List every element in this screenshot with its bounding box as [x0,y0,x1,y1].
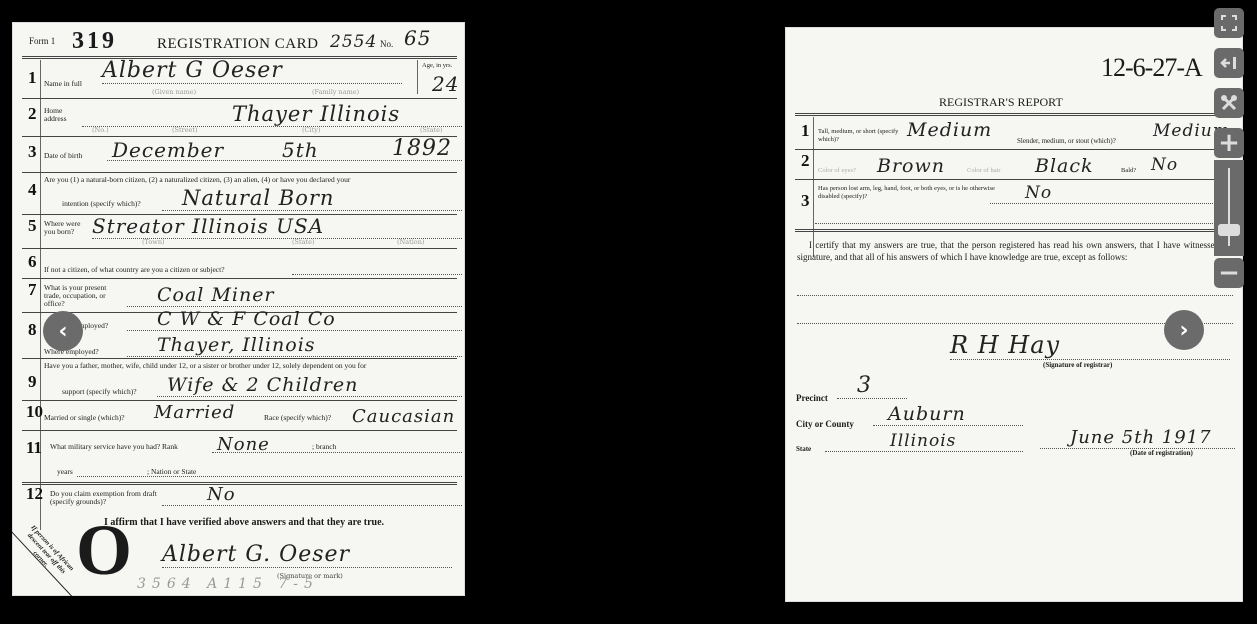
eye-color-label: Color of eyes? [818,167,856,175]
dob-month: December [112,138,224,162]
caption-family-name: (Family name) [312,88,359,96]
state-label: State [796,445,811,453]
caption-nation: (Nation) [397,238,424,246]
home-button[interactable] [1214,48,1244,78]
row-number: 2 [801,151,810,171]
birthplace-value: Streator Illinois USA [92,214,462,239]
home-address-value: Thayer Illinois [82,102,462,127]
registration-card-front: Form 1 319 REGISTRATION CARD 2554 No. 65… [12,22,465,596]
caption-given-name: (Given name) [152,88,196,96]
zoom-slider[interactable] [1214,160,1244,256]
height-value: Medium [907,119,992,141]
row-number: 8 [28,320,37,340]
disability-label: Has person lost arm, leg, hand, foot, or… [818,185,998,201]
dob-label: Date of birth [44,152,82,160]
no-label: No. [380,39,393,49]
home-address-label: Home address [44,107,74,123]
minus-icon: − [1218,258,1240,288]
zoom-out-button[interactable]: − [1214,258,1244,288]
citizenship-value: Natural Born [162,186,462,211]
row-number: 7 [28,280,37,300]
certification-text: I certify that my answers are true, that… [797,239,1233,263]
exemption-label: Do you claim exemption from draft (speci… [50,490,160,506]
chevron-right-icon: › [1179,318,1188,343]
bald-value: No [1151,155,1178,175]
employment-place-value: Thayer, Illinois [127,334,462,357]
dependents-question: Have you a father, mother, wife, child u… [44,362,464,370]
dependents-support-label: support (specify which)? [62,388,137,396]
affirmation-text: I affirm that I have verified above answ… [104,517,384,528]
caption-city: (City) [302,126,320,134]
birthplace-label: Where were you born? [44,220,89,236]
name-value: Albert G Oeser [102,58,402,84]
row-number: 11 [26,438,42,458]
row-number: 3 [28,142,37,162]
row-number: 2 [28,104,37,124]
fullscreen-button[interactable] [1214,8,1244,38]
card-serial-no: 65 [404,26,431,50]
row-number: 10 [26,402,43,422]
row-number: 3 [801,191,810,211]
registrant-signature: Albert G. Oeser [162,542,452,568]
eye-color-value: Brown [877,155,945,177]
row-number: 5 [28,216,37,236]
occupation-label: What is your present trade, occupation, … [44,284,124,308]
dependents-value: Wife & 2 Children [157,374,462,397]
card-title: REGISTRATION CARD [157,36,318,53]
citizenship-intention-label: intention (specify which)? [62,200,141,208]
military-nation-label: ; Nation or State [147,468,196,476]
caption-town: (Town) [142,238,165,246]
tools-button[interactable] [1214,88,1244,118]
marital-value: Married [154,402,235,423]
next-image-button[interactable]: › [1164,310,1204,350]
row-number: 12 [26,484,43,504]
caption-state: (State) [420,126,442,134]
precinct-label: Precinct [796,393,828,403]
military-label: What military service have you had? Rank [50,443,178,451]
registrar-caption: (Signature of registrar) [1043,361,1112,369]
card-number: 2554 [330,32,377,52]
military-years-label: years [57,468,73,476]
employment-place-label: Where employed? [44,348,99,356]
big-letter-stamp: O [76,510,132,590]
dob-day: 5th [282,138,319,162]
bald-label: Bald? [1121,167,1136,175]
home-icon [1220,55,1238,71]
fullscreen-icon [1221,15,1237,31]
age-value: 24 [432,72,459,96]
row-number: 1 [28,68,37,88]
zoom-slider-thumb[interactable] [1218,224,1240,236]
chevron-left-icon: ‹ [58,319,67,344]
row-number: 1 [801,121,810,141]
state-value: Illinois [825,431,1023,452]
caption-no: (No.) [92,126,109,134]
caption-street: (Street) [172,126,198,134]
pencil-note: 3564 A115 7-5 [137,576,319,592]
report-title: REGISTRAR'S REPORT [939,95,1063,110]
disability-value: No [990,183,1235,204]
registration-date-caption: (Date of registration) [1130,449,1193,457]
tear-off-note: If person is of African descent tear off… [17,524,75,584]
caption-state: (State) [292,238,314,246]
dob-year: 1892 [392,136,452,161]
form-label: Form 1 [29,36,55,46]
height-label: Tall, medium, or short (specify which)? [818,128,908,144]
plus-icon: + [1218,128,1240,158]
race-value: Caucasian [352,406,455,427]
row-number: 4 [28,180,37,200]
file-stamp: 12-6-27-A [1101,53,1202,83]
zoom-in-button[interactable]: + [1214,128,1244,158]
race-label: Race (specify which)? [264,414,331,422]
marital-label: Married or single (which)? [44,414,125,422]
exemption-value: No [162,484,462,506]
build-label: Slender, medium, or stout (which)? [1017,137,1116,145]
employer-value: C W & F Coal Co [127,308,462,331]
tools-icon [1220,94,1238,112]
hair-color-label: Color of hair [967,167,1001,175]
hair-color-value: Black [1035,155,1094,177]
city-value: Auburn [873,403,1023,426]
row-number: 6 [28,252,37,272]
citizen-country-label: If not a citizen, of what country are yo… [44,266,225,274]
row-number: 9 [28,372,37,392]
previous-image-button[interactable]: ‹ [43,311,83,351]
citizenship-question: Are you (1) a natural-born citizen, (2) … [44,176,464,184]
city-label: City or County [796,419,854,429]
age-label: Age, in yrs. [422,62,452,70]
registration-date: June 5th 1917 [1040,427,1235,449]
precinct-value: 3 [837,373,907,399]
serial-stamp: 319 [72,28,117,55]
name-label: Name in full [44,80,82,88]
military-branch-label: ; branch [312,443,336,451]
occupation-value: Coal Miner [127,284,462,307]
